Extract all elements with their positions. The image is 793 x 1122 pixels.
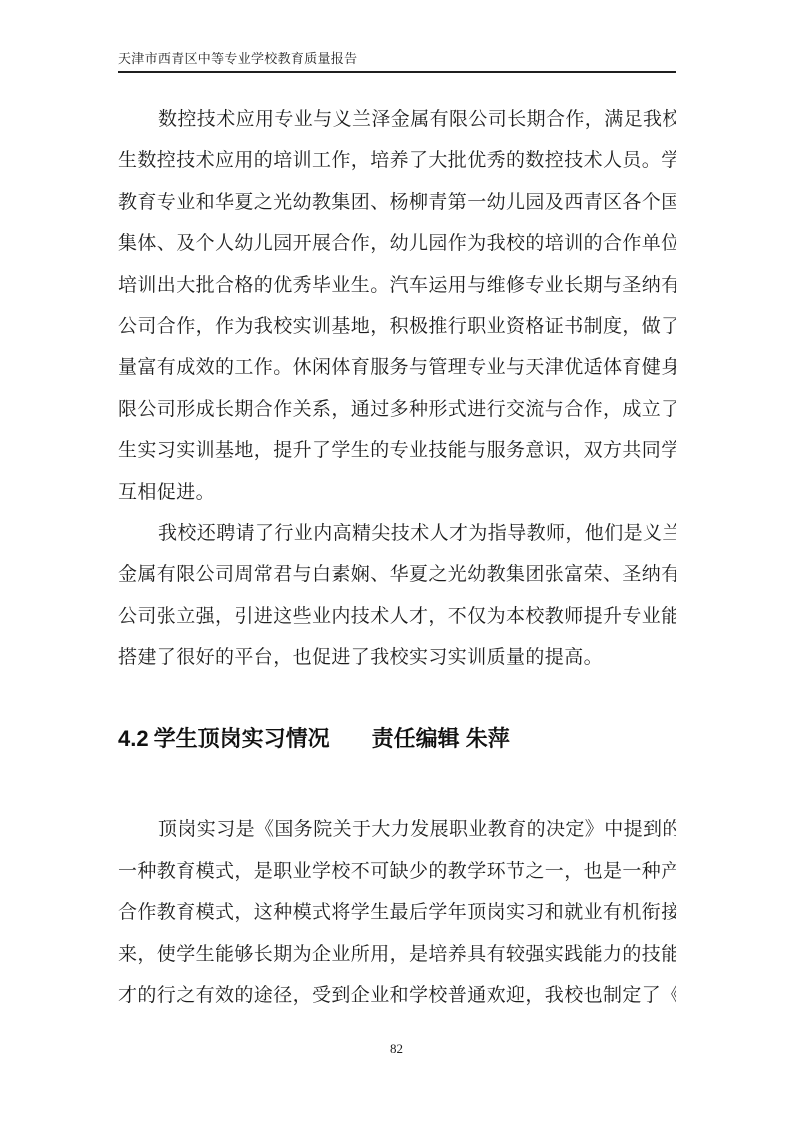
text-line: 互相促进。 bbox=[118, 472, 676, 513]
paragraph-industry-cooperation: 数控技术应用专业与义兰泽金属有限公司长期合作，满足我校学 生数控技术应用的培训工… bbox=[118, 99, 676, 513]
header-title: 天津市西青区中等专业学校教育质量报告 bbox=[118, 51, 357, 66]
document-page: 天津市西青区中等专业学校教育质量报告 数控技术应用专业与义兰泽金属有限公司长期合… bbox=[0, 0, 793, 1122]
text-line: 一种教育模式，是职业学校不可缺少的教学环节之一，也是一种产学 bbox=[118, 851, 676, 892]
text-line: 生实习实训基地，提升了学生的专业技能与服务意识，双方共同学习、 bbox=[118, 430, 676, 471]
text-line: 公司张立强，引进这些业内技术人才，不仅为本校教师提升专业能力 bbox=[118, 596, 676, 637]
text-line: 来，使学生能够长期为企业所用，是培养具有较强实践能力的技能人 bbox=[118, 934, 676, 975]
section-heading-4-2: 4.2学生顶岗实习情况责任编辑 朱萍 bbox=[118, 725, 676, 753]
text-line: 教育专业和华夏之光幼教集团、杨柳青第一幼儿园及西青区各个国企、 bbox=[118, 182, 676, 223]
text-line: 生数控技术应用的培训工作，培养了大批优秀的数控技术人员。学前 bbox=[118, 140, 676, 181]
text-line: 集体、及个人幼儿园开展合作，幼儿园作为我校的培训的合作单位， bbox=[118, 223, 676, 264]
text-line: 我校还聘请了行业内高精尖技术人才为指导教师，他们是义兰泽 bbox=[118, 513, 676, 554]
text-line: 才的行之有效的途径，受到企业和学校普通欢迎，我校也制定了《学 bbox=[118, 975, 676, 1016]
text-line: 合作教育模式，这种模式将学生最后学年顶岗实习和就业有机衔接起 bbox=[118, 892, 676, 933]
document-body: 数控技术应用专业与义兰泽金属有限公司长期合作，满足我校学 生数控技术应用的培训工… bbox=[118, 99, 676, 1016]
page-footer: 82 bbox=[0, 1040, 793, 1057]
text-line: 搭建了很好的平台，也促进了我校实习实训质量的提高。 bbox=[118, 637, 676, 678]
text-line: 限公司形成长期合作关系，通过多种形式进行交流与合作，成立了学 bbox=[118, 389, 676, 430]
text-line: 公司合作，作为我校实训基地，积极推行职业资格证书制度，做了大 bbox=[118, 306, 676, 347]
paragraph-internship-intro: 顶岗实习是《国务院关于大力发展职业教育的决定》中提到的 一种教育模式，是职业学校… bbox=[118, 809, 676, 1016]
section-title: 学生顶岗实习情况 bbox=[154, 726, 330, 751]
section-number: 4.2 bbox=[118, 726, 149, 751]
page-number: 82 bbox=[390, 1041, 403, 1056]
text-line: 数控技术应用专业与义兰泽金属有限公司长期合作，满足我校学 bbox=[118, 99, 676, 140]
paragraph-guest-teachers: 我校还聘请了行业内高精尖技术人才为指导教师，他们是义兰泽 金属有限公司周常君与白… bbox=[118, 513, 676, 679]
section-editor-credit: 责任编辑 朱萍 bbox=[372, 726, 510, 751]
text-line: 培训出大批合格的优秀毕业生。汽车运用与维修专业长期与圣纳有限 bbox=[118, 265, 676, 306]
text-line: 顶岗实习是《国务院关于大力发展职业教育的决定》中提到的 bbox=[118, 809, 676, 850]
text-line: 金属有限公司周常君与白素娴、华夏之光幼教集团张富荣、圣纳有限 bbox=[118, 554, 676, 595]
text-line: 量富有成效的工作。休闲体育服务与管理专业与天津优适体育健身有 bbox=[118, 347, 676, 388]
running-header: 天津市西青区中等专业学校教育质量报告 bbox=[118, 51, 676, 73]
